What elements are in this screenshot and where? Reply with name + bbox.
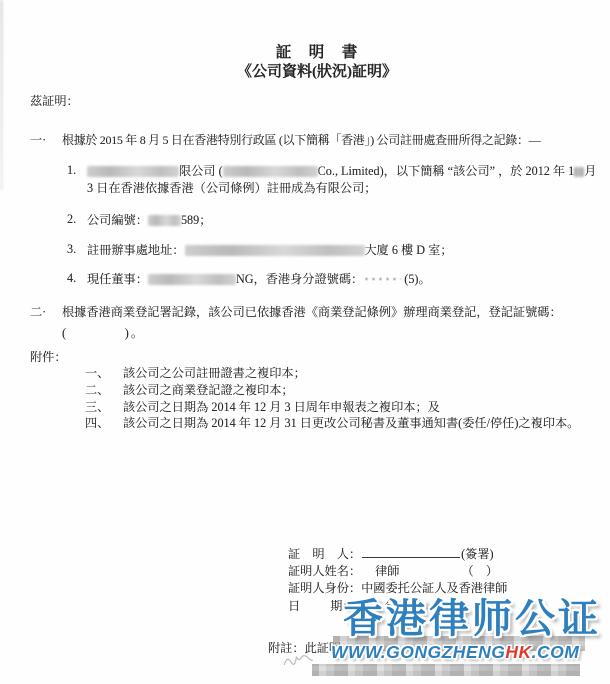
attachment-row: 四、 該公司之日期為 2014 年 12 月 31 日更改公司秘書及董事通知書(… (85, 415, 579, 432)
handwriting-mark (281, 649, 316, 675)
attachment-2-number: 二、 (85, 382, 123, 399)
attachment-row: 三、 該公司之日期為 2014 年 12 月 3 日周年申報表之複印本；及 (85, 399, 579, 416)
list-item-1: 1. 限公司 (Co., Limited)，以下簡稱 “該公司” ，於 2012… (67, 163, 596, 196)
certifier-identity-line: 証明人身份：中國委托公証人及香港律師 (288, 580, 507, 597)
attachment-3-number: 三、 (85, 399, 123, 416)
item-1-part1: 限公司 ( (179, 164, 223, 178)
identity-value: 中國委托公証人及香港律師 (361, 581, 507, 595)
section-2-marker: 二· (30, 303, 62, 341)
redacted-company-number (148, 215, 181, 226)
date-label-left: 日 (288, 599, 300, 613)
identity-label: 証明人身份： (288, 581, 361, 595)
sign-note: (簽署) (461, 547, 494, 561)
document-title: 証 明 書 (12, 40, 610, 62)
list-item-2: 2. 公司編號：589； (67, 212, 211, 229)
item-4-label: 現任董事： (87, 272, 148, 286)
watermark-url-hk: HK (505, 642, 531, 662)
section-2: 二· 根據香港商業登記署記錄，該公司已依據香港《商業登記條例》辦理商業登記，登記… (30, 303, 587, 341)
redacted-office-address (185, 245, 365, 256)
name-value: 律師 (375, 564, 399, 578)
section-2-text: 根據香港商業登記署記錄，該公司已依據香港《商業登記條例》辦理商業登記，登記証號碼… (62, 303, 587, 341)
attachment-4-text: 該公司之日期為 2014 年 12 月 31 日更改公司秘書及董事通知書(委任/… (123, 415, 579, 432)
section-2-line2: ( )。 (62, 324, 587, 341)
item-1-part2: Co., Limited)，以下簡稱 “該公司” ，於 2012 年 1 (318, 164, 575, 178)
certifier-line: 証 明 人：(簽署) (288, 546, 507, 563)
redacted-month-digit (574, 167, 584, 177)
section-1-marker: 一· (30, 131, 62, 148)
item-3-suffix: 大廈 6 樓 D 室； (365, 243, 453, 257)
attachments-list: 一、 該公司之公司註冊證書之複印本； 二、 該公司之商業登記證之複印本； 三、 … (85, 365, 579, 432)
watermark-title: 香港律师公证 (343, 599, 601, 639)
attachment-2-text: 該公司之商業登記證之複印本； (123, 382, 294, 399)
attachment-1-text: 該公司之公司註冊證書之複印本； (123, 365, 306, 382)
name-paren: （ ） (462, 564, 499, 578)
watermark-url-pre: WWW.GONGZHENG (331, 642, 505, 662)
watermark-url-post: .COM (532, 642, 580, 662)
list-item-4: 4. 現任董事：NG，香港身分證號碼： (5)。 (67, 271, 431, 288)
item-4-suffix: (5)。 (404, 272, 430, 286)
attachment-row: 二、 該公司之商業登記證之複印本； (85, 382, 579, 399)
item-1-part3: 月 (584, 164, 596, 178)
signature-blank-line (362, 546, 460, 558)
list-item-3: 3. 註冊辦事處地址：大廈 6 樓 D 室； (67, 242, 453, 259)
attachment-row: 一、 該公司之公司註冊證書之複印本； (85, 365, 579, 382)
item-2-label: 公司編號： (87, 213, 148, 227)
section-2-line1: 根據香港商業登記署記錄，該公司已依據香港《商業登記條例》辦理商業登記，登記証號碼… (62, 305, 562, 319)
attachment-4-number: 四、 (85, 415, 123, 432)
item-2-text: 公司編號：589； (87, 212, 211, 229)
item-2-number: 2. (67, 212, 87, 229)
item-3-number: 3. (67, 242, 87, 259)
section-1-heading: 根據於 2015 年 8 月 5 日在香港特別行政區 (以下簡稱「香港」) 公司… (62, 131, 540, 148)
section-1: 一· 根據於 2015 年 8 月 5 日在香港特別行政區 (以下簡稱「香港」)… (30, 131, 540, 148)
item-4-mid: NG，香港身分證號碼： (236, 272, 363, 286)
attachment-3-text: 該公司之日期為 2014 年 12 月 3 日周年申報表之複印本；及 (123, 399, 440, 416)
certifier-label: 証 明 人： (288, 547, 361, 561)
redacted-director-name (148, 274, 236, 285)
item-4-text: 現任董事：NG，香港身分證號碼： (5)。 (87, 271, 431, 288)
watermark-url: WWW.GONGZHENGHK.COM (331, 644, 579, 662)
redacted-company-name-cn (87, 166, 179, 177)
item-1-part4: 3 日在香港依據香港（公司條例）註冊成為有限公司； (87, 181, 376, 195)
item-3-text: 註冊辦事處地址：大廈 6 樓 D 室； (87, 242, 453, 259)
name-label: 証明人姓名： (288, 564, 361, 578)
attachments-title: 附件： (30, 348, 67, 365)
document-subtitle: 《公司資料(狀況)証明》 (12, 60, 610, 81)
item-1-number: 1. (67, 163, 87, 196)
item-3-label: 註冊辦事處地址： (87, 243, 185, 257)
certificate-document: 証 明 書 《公司資料(狀況)証明》 茲証明： 一· 根據於 2015 年 8 … (0, 0, 610, 684)
redacted-id-number (363, 276, 401, 284)
item-4-number: 4. (67, 271, 87, 288)
intro-line: 茲証明： (30, 92, 79, 109)
redacted-company-name-en (223, 166, 318, 177)
item-1-text: 限公司 (Co., Limited)，以下簡稱 “該公司” ，於 2012 年 … (87, 163, 596, 196)
attachment-1-number: 一、 (85, 365, 123, 382)
pixelated-redaction-bar (312, 664, 580, 676)
item-2-suffix: 589； (181, 213, 211, 227)
certifier-name-line: 証明人姓名：律師（ ） (288, 563, 507, 580)
scan-edge-artifact (0, 0, 3, 190)
